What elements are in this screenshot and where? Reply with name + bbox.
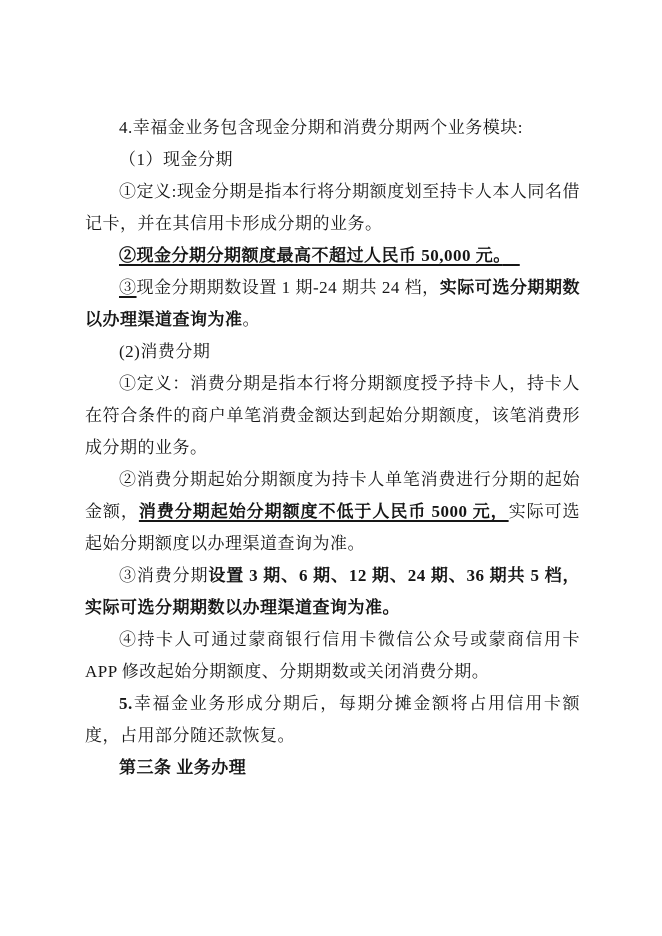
cash-installment-limit: ②现金分期分期额度最高不超过人民币 50,000 元。 [85, 240, 580, 272]
text-run: 4.幸福金业务包含现金分期和消费分期两个业务模块: [119, 118, 523, 137]
article-3-heading: 第三条 业务办理 [85, 752, 580, 784]
consumption-modify-channels: ④持卡人可通过蒙商银行信用卡微信公众号或蒙商信用卡APP 修改起始分期额度、分期… [85, 624, 580, 688]
consumption-start-amount: ②消费分期起始分期额度为持卡人单笔消费进行分期的起始金额，消费分期起始分期额度不… [85, 464, 580, 560]
item-4-modules: 4.幸福金业务包含现金分期和消费分期两个业务模块: [85, 112, 580, 144]
text-run: ③ [119, 278, 137, 297]
text-run: (2)消费分期 [119, 342, 210, 361]
text-run: 5. [119, 694, 133, 713]
text-run: ③消费分期 [119, 566, 208, 585]
text-run: （1）现金分期 [119, 150, 233, 169]
text-run: 现金分期期数设置 1 期-24 期共 24 档， [137, 278, 440, 297]
consumption-installment-definition: ①定义：消费分期是指本行将分期额度授予持卡人，持卡人在符合条件的商户单笔消费金额… [85, 368, 580, 464]
consumption-installment-terms: ③消费分期设置 3 期、6 期、12 期、24 期、36 期共 5 档，实际可选… [85, 560, 580, 624]
document-body: 4.幸福金业务包含现金分期和消费分期两个业务模块:（1）现金分期①定义:现金分期… [85, 112, 580, 784]
text-run: ④持卡人可通过蒙商银行信用卡微信公众号或蒙商信用卡APP 修改起始分期额度、分期… [85, 630, 580, 681]
item-5-credit-limit: 5.幸福金业务形成分期后，每期分摊金额将占用信用卡额度，占用部分随还款恢复。 [85, 688, 580, 752]
text-run: 。 [243, 310, 261, 329]
document-page: 4.幸福金业务包含现金分期和消费分期两个业务模块:（1）现金分期①定义:现金分期… [0, 0, 662, 936]
text-run: ②现金分期分期额度最高不超过人民币 50,000 元。 [119, 246, 502, 265]
text-run: 消费分期起始分期额度不低于人民币 5000 元， [139, 502, 509, 521]
cash-installment-terms: ③现金分期期数设置 1 期-24 期共 24 档，实际可选分期期数以办理渠道查询… [85, 272, 580, 336]
consumption-installment-heading: (2)消费分期 [85, 336, 580, 368]
text-run: 第三条 业务办理 [119, 758, 246, 777]
text-run [502, 246, 520, 265]
cash-installment-heading: （1）现金分期 [85, 144, 580, 176]
cash-installment-definition: ①定义:现金分期是指本行将分期额度划至持卡人本人同名借记卡，并在其信用卡形成分期… [85, 176, 580, 240]
text-run: 幸福金业务形成分期后，每期分摊金额将占用信用卡额度，占用部分随还款恢复。 [85, 694, 580, 745]
text-run: ①定义：消费分期是指本行将分期额度授予持卡人，持卡人在符合条件的商户单笔消费金额… [85, 374, 580, 457]
text-run: ①定义:现金分期是指本行将分期额度划至持卡人本人同名借记卡，并在其信用卡形成分期… [85, 182, 580, 233]
